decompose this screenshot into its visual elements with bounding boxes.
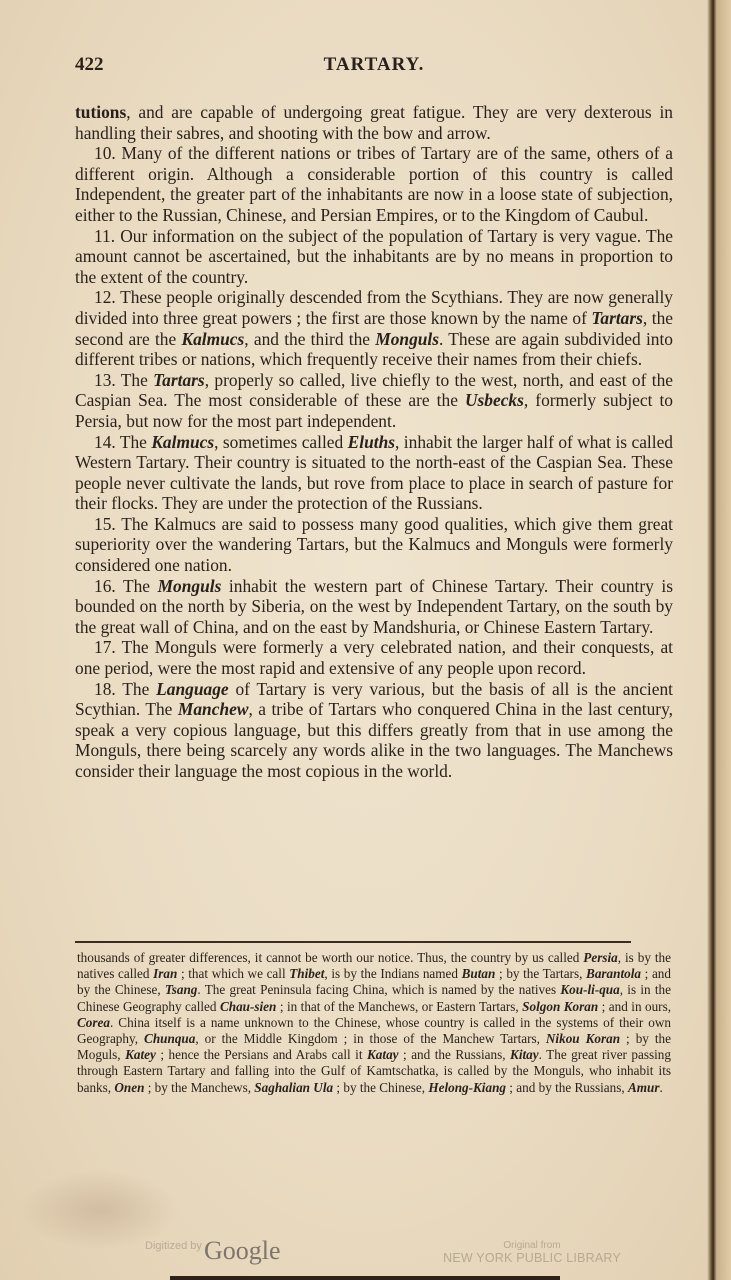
text-run: 17. The Monguls were formerly a very cel… [75, 637, 673, 678]
italic-term: Kitay [510, 1047, 539, 1062]
italic-term: Onen [114, 1080, 144, 1095]
text-run: 12. These people originally descended fr… [75, 287, 673, 328]
text-run: tutions [75, 102, 126, 122]
italic-term: Tsang [165, 982, 198, 997]
page-stain [20, 1170, 180, 1250]
italic-term: Manchew [178, 699, 249, 719]
italic-term: Saghalian Ula [254, 1080, 333, 1095]
text-run: , and the third the [244, 329, 375, 349]
text-run: ; and by the Russians, [506, 1080, 628, 1095]
text-run: . The great Peninsula facing China, whic… [197, 982, 560, 997]
paragraph-p14: 14. The Kalmucs, sometimes called Eluths… [75, 432, 673, 514]
text-run: 11. Our information on the subject of th… [75, 226, 673, 287]
text-run: , and are capable of undergoing great fa… [75, 102, 673, 143]
text-run: 16. The [94, 576, 158, 596]
book-gutter-edge [707, 0, 731, 1280]
italic-term: Kalmucs [181, 329, 244, 349]
google-logo: Google [204, 1236, 281, 1266]
italic-term: Butan [462, 966, 496, 981]
paragraph-p15: 15. The Kalmucs are said to possess many… [75, 514, 673, 576]
paragraph-p17: 17. The Monguls were formerly a very cel… [75, 637, 673, 678]
text-run: thousands of greater differences, it can… [77, 950, 583, 965]
italic-term: Language [156, 679, 228, 699]
italic-term: Katay [367, 1047, 399, 1062]
text-run: ; and in ours, [598, 999, 671, 1014]
paragraph-p12: 12. These people originally descended fr… [75, 287, 673, 369]
italic-term: Kalmucs [151, 432, 214, 452]
text-run: , is by the Indians named [324, 966, 461, 981]
italic-term: Monguls [375, 329, 439, 349]
italic-term: Eluths [348, 432, 395, 452]
paragraph-p10: 10. Many of the different nations or tri… [75, 143, 673, 225]
italic-term: Usbecks [465, 390, 524, 410]
italic-term: Tartars [591, 308, 643, 328]
paragraph-cont: tutions, and are capable of undergoing g… [75, 102, 673, 143]
paragraph-p16: 16. The Monguls inhabit the western part… [75, 576, 673, 638]
footnote: thousands of greater differences, it can… [77, 950, 671, 1096]
text-run: ; by the Tartars, [495, 966, 586, 981]
text-run: 13. The [94, 370, 153, 390]
italic-term: Solgon Koran [522, 999, 598, 1014]
running-head: TARTARY. [75, 54, 673, 76]
italic-term: Kou-li-qua [560, 982, 619, 997]
italic-term: Nikou Koran [546, 1031, 620, 1046]
paragraph-p11: 11. Our information on the subject of th… [75, 226, 673, 288]
italic-term: Barantola [586, 966, 641, 981]
library-name: NEW YORK PUBLIC LIBRARY [432, 1251, 632, 1265]
italic-term: Monguls [158, 576, 222, 596]
text-run: ; and the Russians, [399, 1047, 511, 1062]
italic-term: Amur [628, 1080, 660, 1095]
italic-term: Katey [125, 1047, 156, 1062]
text-run: . [660, 1080, 663, 1095]
italic-term: Persia [583, 950, 617, 965]
text-run: ; hence the Persians and Arabs call it [156, 1047, 367, 1062]
text-run: 14. The [94, 432, 151, 452]
original-from-label: Original from [432, 1240, 632, 1251]
page-bottom-shadow [170, 1276, 560, 1280]
digitized-by-label: Digitized by [145, 1240, 202, 1252]
italic-term: Helong-Kiang [428, 1080, 506, 1095]
italic-term: Iran [153, 966, 177, 981]
text-run: , or the Middle Kingdom ; in those of th… [195, 1031, 546, 1046]
footnote-paragraph: thousands of greater differences, it can… [77, 950, 671, 1096]
italic-term: Tartars [153, 370, 205, 390]
text-run: 10. Many of the different nations or tri… [75, 143, 673, 225]
text-run: ; by the Manchews, [144, 1080, 254, 1095]
body-text: tutions, and are capable of undergoing g… [75, 102, 673, 782]
page-header: 422 TARTARY. [75, 54, 673, 84]
paragraph-p13: 13. The Tartars, properly so called, liv… [75, 370, 673, 432]
text-run: ; by the Chinese, [333, 1080, 428, 1095]
italic-term: Chunqua [144, 1031, 195, 1046]
italic-term: Thibet [289, 966, 324, 981]
text-run: ; that which we call [177, 966, 289, 981]
library-credit: Original from NEW YORK PUBLIC LIBRARY [432, 1240, 632, 1265]
paragraph-p18: 18. The Language of Tartary is very vari… [75, 679, 673, 782]
footnote-rule [75, 941, 631, 943]
italic-term: Chau-sien [220, 999, 276, 1014]
text-run: ; in that of the Manchews, or Eastern Ta… [276, 999, 522, 1014]
text-run: , sometimes called [214, 432, 348, 452]
text-run: 18. The [94, 679, 156, 699]
text-run: 15. The Kalmucs are said to possess many… [75, 514, 673, 575]
italic-term: Corea [77, 1015, 110, 1030]
